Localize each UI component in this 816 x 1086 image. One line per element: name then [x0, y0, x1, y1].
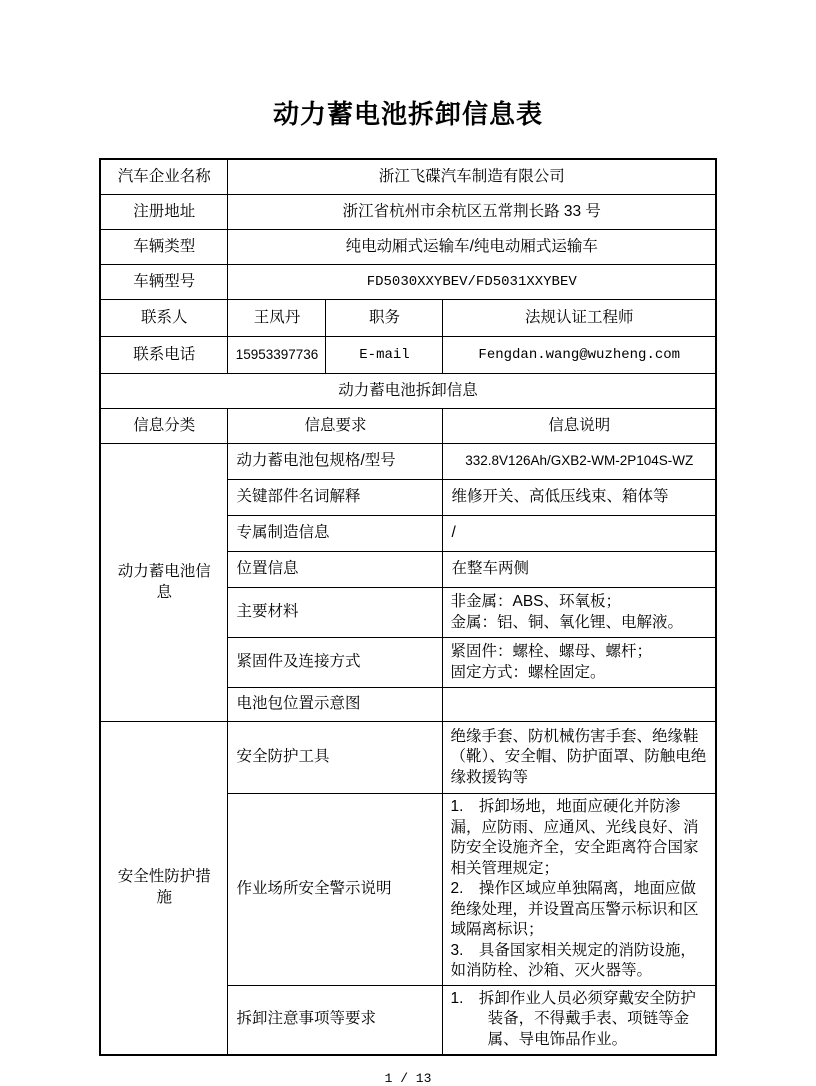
section-title: 动力蓄电池拆卸信息 — [100, 374, 716, 409]
fasteners-value: 紧固件：螺栓、螺母、螺杆； 固定方式：螺栓固定。 — [443, 638, 716, 688]
fasteners-label: 紧固件及连接方式 — [228, 638, 443, 688]
proprietary-info-value: / — [443, 516, 716, 552]
header-requirement: 信息要求 — [228, 409, 443, 444]
row-battery-spec: 动力蓄电池信息 动力蓄电池包规格/型号 332.8V126Ah/GXB2-WM-… — [100, 444, 716, 480]
worksite-warning-value: 1. 拆卸场地，地面应硬化并防渗漏，应防雨、应通风、光线良好、消防安全设施齐全，… — [443, 794, 716, 986]
battery-info-category: 动力蓄电池信息 — [100, 444, 228, 722]
contact-person-label: 联系人 — [100, 300, 228, 337]
row-table-header: 信息分类 信息要求 信息说明 — [100, 409, 716, 444]
contact-phone-label: 联系电话 — [100, 337, 228, 374]
registered-address-label: 注册地址 — [100, 195, 228, 230]
row-section-title: 动力蓄电池拆卸信息 — [100, 374, 716, 409]
contact-phone-value: 15953397736 — [228, 337, 326, 374]
job-title-label: 职务 — [326, 300, 443, 337]
company-name-value: 浙江飞碟汽车制造有限公司 — [228, 159, 716, 195]
main-materials-label: 主要材料 — [228, 588, 443, 638]
battery-removal-info-table: 汽车企业名称 浙江飞碟汽车制造有限公司 注册地址 浙江省杭州市余杭区五常荆长路 … — [99, 158, 717, 1056]
row-vehicle-model: 车辆型号 FD5030XXYBEV/FD5031XXYBEV — [100, 265, 716, 300]
vehicle-model-value: FD5030XXYBEV/FD5031XXYBEV — [228, 265, 716, 300]
page-number: 1 / 13 — [0, 1071, 816, 1086]
vehicle-model-label: 车辆型号 — [100, 265, 228, 300]
page-title: 动力蓄电池拆卸信息表 — [0, 0, 816, 131]
header-description: 信息说明 — [443, 409, 716, 444]
key-parts-value: 维修开关、高低压线束、箱体等 — [443, 480, 716, 516]
row-contact-phone: 联系电话 15953397736 E-mail Fengdan.wang@wuz… — [100, 337, 716, 374]
removal-precautions-value: 1. 拆卸作业人员必须穿戴安全防护装备，不得戴手表、项链等金属、导电饰品作业。 — [443, 985, 716, 1055]
location-info-value: 在整车两侧 — [443, 552, 716, 588]
header-category: 信息分类 — [100, 409, 228, 444]
registered-address-value: 浙江省杭州市余杭区五常荆长路 33 号 — [228, 195, 716, 230]
row-company-name: 汽车企业名称 浙江飞碟汽车制造有限公司 — [100, 159, 716, 195]
battery-diagram-label: 电池包位置示意图 — [228, 688, 443, 722]
email-value: Fengdan.wang@wuzheng.com — [443, 337, 716, 374]
row-vehicle-type: 车辆类型 纯电动厢式运输车/纯电动厢式运输车 — [100, 230, 716, 265]
company-name-label: 汽车企业名称 — [100, 159, 228, 195]
protective-tools-label: 安全防护工具 — [228, 722, 443, 794]
location-info-label: 位置信息 — [228, 552, 443, 588]
worksite-warning-label: 作业场所安全警示说明 — [228, 794, 443, 986]
proprietary-info-label: 专属制造信息 — [228, 516, 443, 552]
battery-diagram-value — [443, 688, 716, 722]
email-label: E-mail — [326, 337, 443, 374]
row-contact-person: 联系人 王凤丹 职务 法规认证工程师 — [100, 300, 716, 337]
removal-precautions-text: 1. 拆卸作业人员必须穿戴安全防护装备，不得戴手表、项链等金属、导电饰品作业。 — [450, 989, 708, 1051]
row-registered-address: 注册地址 浙江省杭州市余杭区五常荆长路 33 号 — [100, 195, 716, 230]
safety-category: 安全性防护措施 — [100, 722, 228, 1055]
battery-spec-value: 332.8V126Ah/GXB2-WM-2P104S-WZ — [443, 444, 716, 480]
vehicle-type-label: 车辆类型 — [100, 230, 228, 265]
row-protective-tools: 安全性防护措施 安全防护工具 绝缘手套、防机械伤害手套、绝缘鞋（靴）、安全帽、防… — [100, 722, 716, 794]
contact-person-value: 王凤丹 — [228, 300, 326, 337]
vehicle-type-value: 纯电动厢式运输车/纯电动厢式运输车 — [228, 230, 716, 265]
job-title-value: 法规认证工程师 — [443, 300, 716, 337]
main-materials-value: 非金属：ABS、环氧板； 金属：铝、铜、氧化锂、电解液。 — [443, 588, 716, 638]
protective-tools-value: 绝缘手套、防机械伤害手套、绝缘鞋（靴）、安全帽、防护面罩、防触电绝缘救援钩等 — [443, 722, 716, 794]
key-parts-label: 关键部件名词解释 — [228, 480, 443, 516]
removal-precautions-label: 拆卸注意事项等要求 — [228, 985, 443, 1055]
battery-spec-label: 动力蓄电池包规格/型号 — [228, 444, 443, 480]
